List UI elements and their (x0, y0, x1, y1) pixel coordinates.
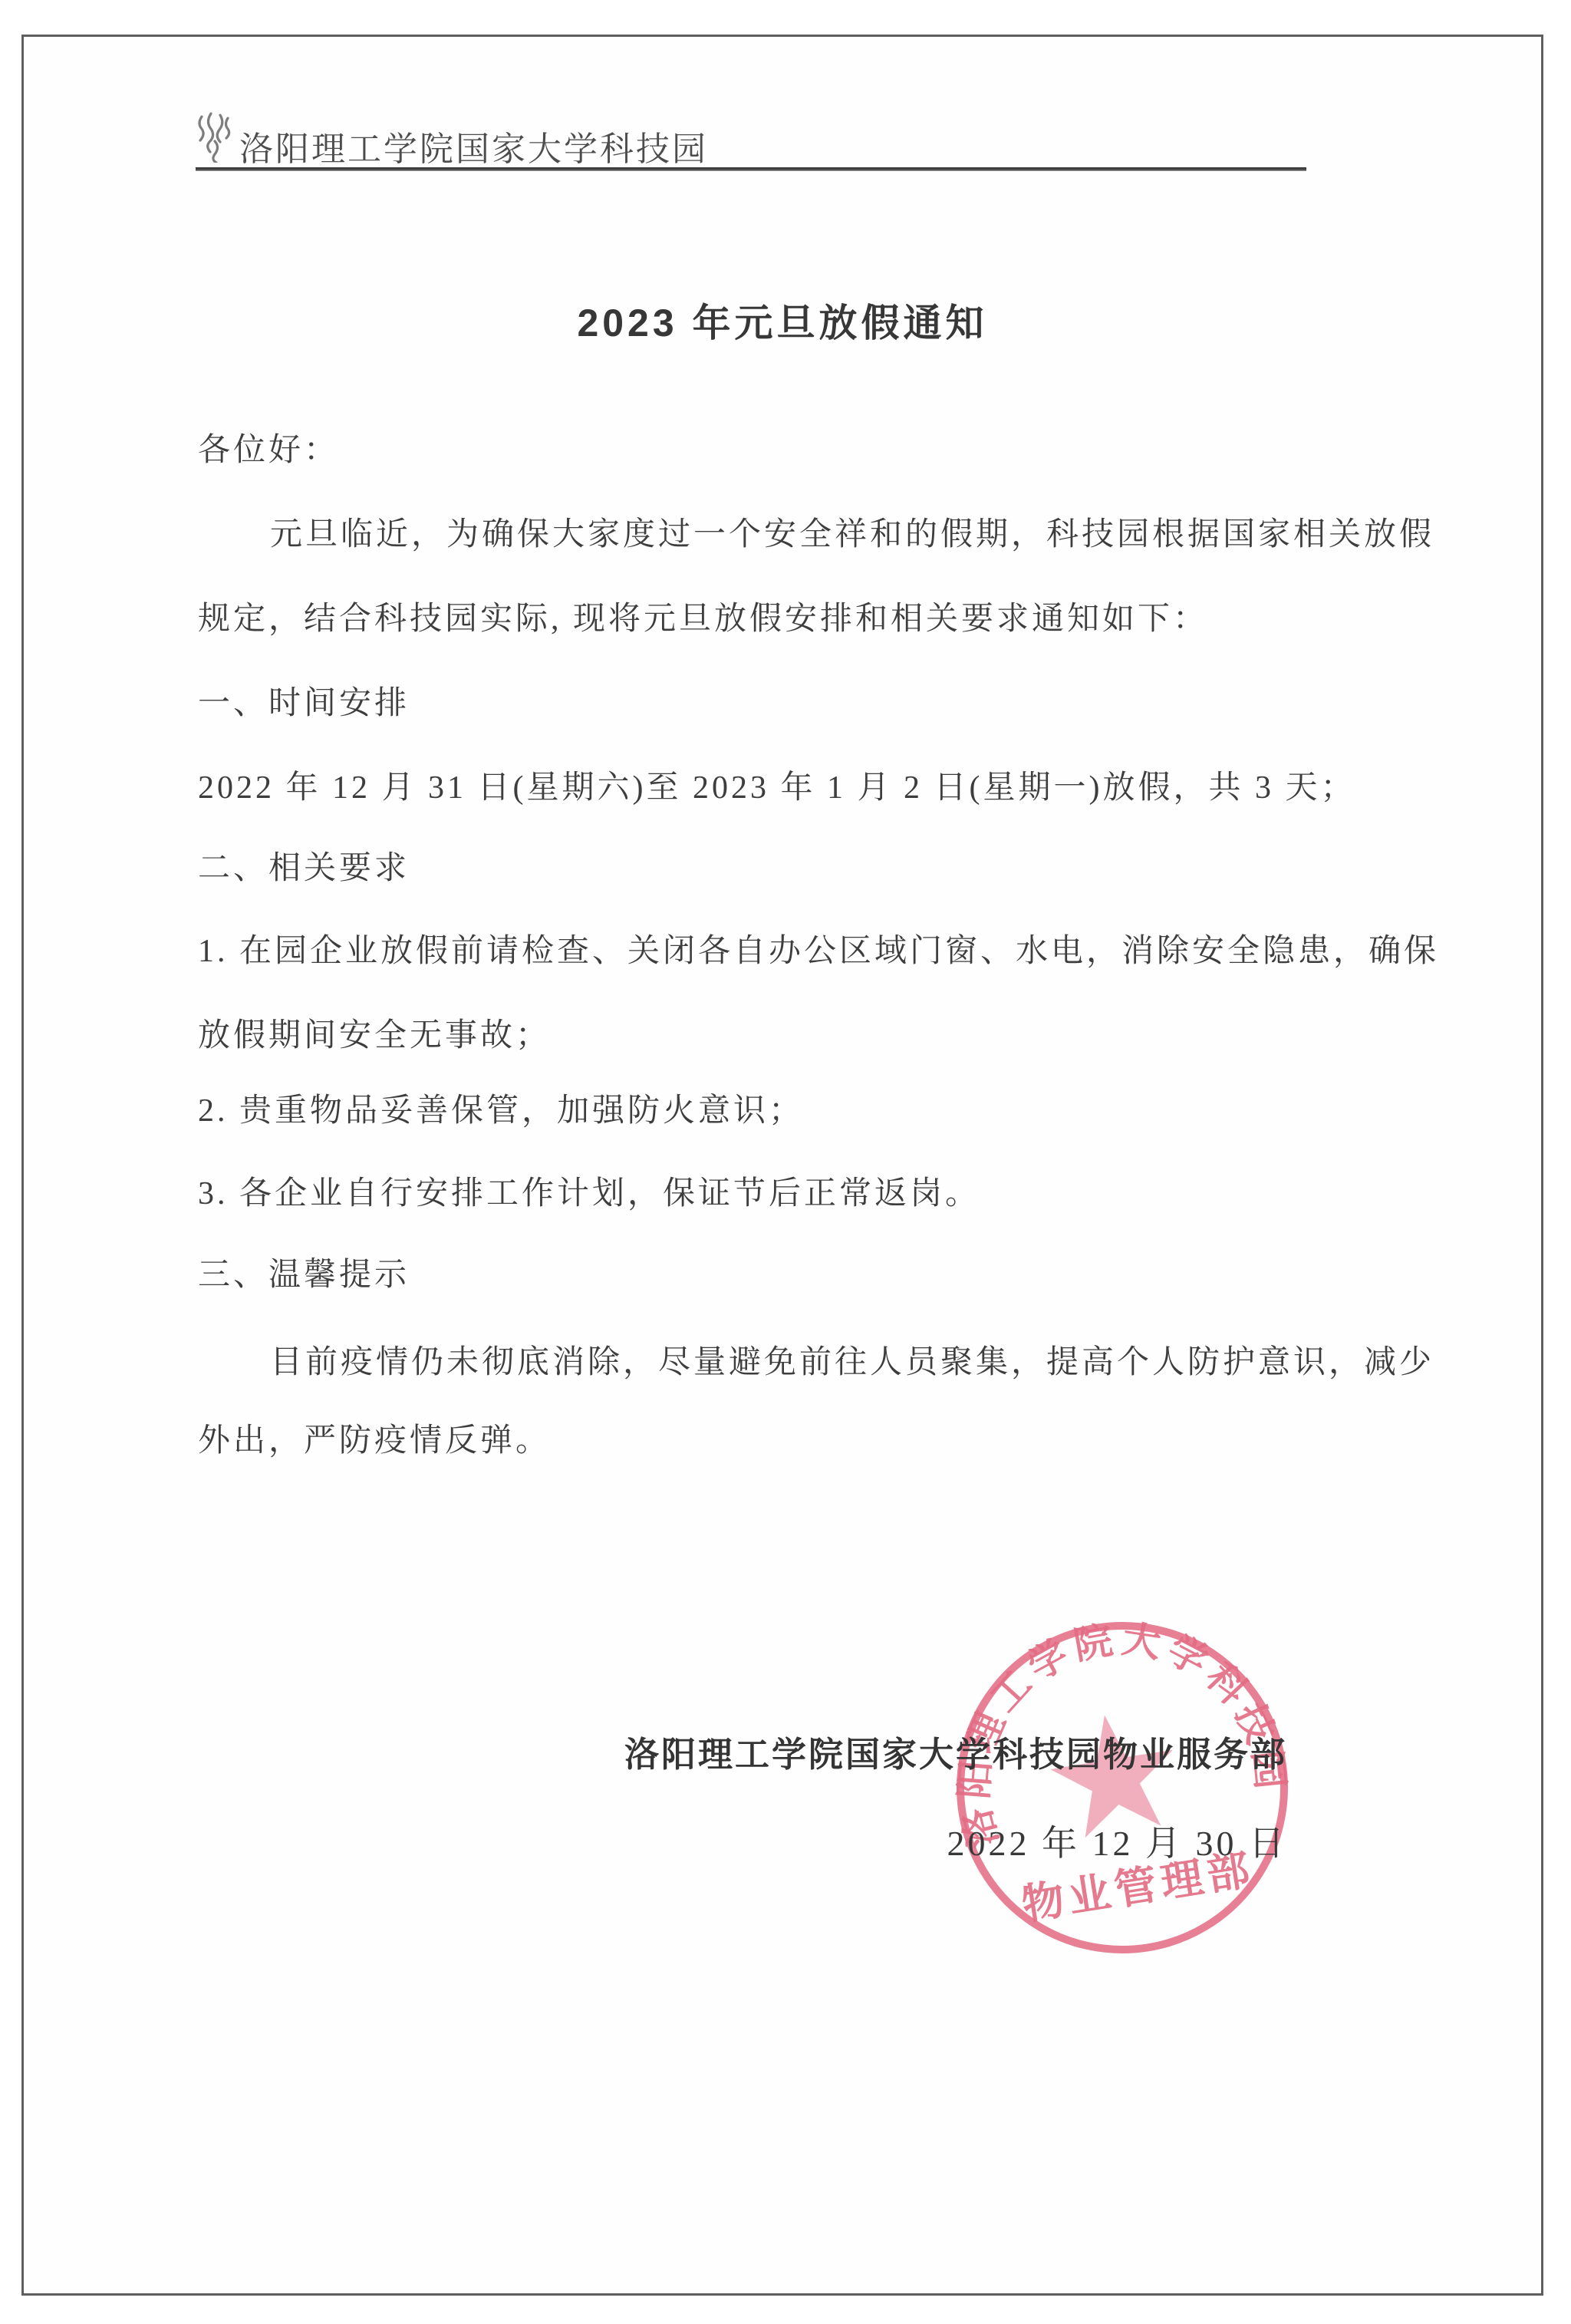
body-line: 放假期间安全无事故； (198, 1010, 551, 1056)
body-line: 2022 年 12 月 31 日(星期六)至 2023 年 1 月 2 日(星期… (198, 762, 1355, 808)
section-heading: 一、时间安排 (198, 677, 410, 724)
header-rule (196, 167, 1306, 171)
signature-org: 洛阳理工学院国家大学科技园物业服务部 (21, 1726, 1287, 1776)
header-org-name: 洛阳理工学院国家大学科技园 (239, 121, 708, 170)
body-line: 1. 在园企业放假前请检查、关闭各自办公区域门窗、水电，消除安全隐患，确保 (198, 925, 1439, 971)
flame-logo-icon (194, 112, 234, 163)
section-heading: 二、相关要求 (198, 842, 410, 888)
body-line: 规定，结合科技园实际, 现将元旦放假安排和相关要求通知如下： (198, 593, 1208, 639)
section-heading: 三、温馨提示 (198, 1249, 410, 1295)
body-line: 外出，严防疫情反弹。 (198, 1415, 551, 1461)
notice-title: 2023 年元旦放假通知 (21, 292, 1543, 348)
body-line: 2. 贵重物品妥善保管，加强防火意识； (198, 1085, 804, 1131)
official-stamp: 洛阳理工学院大学科技园 物业管理部 (938, 1604, 1306, 1972)
body-line: 3. 各企业自行安排工作计划，保证节后正常返岗。 (198, 1168, 980, 1214)
body-line: 元旦临近，为确保大家度过一个安全祥和的假期，科技园根据国家相关放假 (270, 509, 1434, 555)
salutation: 各位好： (198, 424, 339, 470)
signature-date: 2022 年 12 月 30 日 (21, 1815, 1287, 1866)
scanned-page (21, 35, 1543, 2296)
body-line: 目前疫情仍未彻底消除，尽量避免前往人员聚集，提高个人防护意识，减少 (270, 1337, 1434, 1383)
